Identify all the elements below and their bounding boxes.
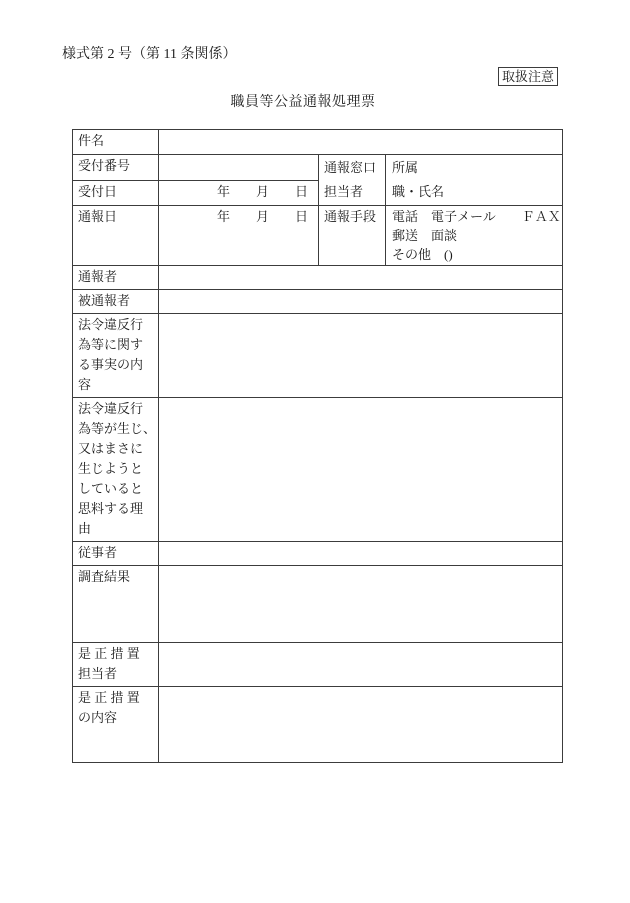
form-number-text: 様式第 2 号（第 11 条関係） xyxy=(62,46,236,64)
row-engaged-person: 従事者 xyxy=(73,542,563,566)
row-report-date: 通報日 年 月 日 通報手段 電話 電子メール ＦＡＸ 郵送 面談 その他 () xyxy=(73,206,563,266)
report-method-options: 電話 電子メール ＦＡＸ 郵送 面談 その他 () xyxy=(386,206,563,266)
row-violation-reason: 法令違反行 為等が生じ、 又はまさに 生じようと していると 思料する理 由 xyxy=(73,398,563,542)
page-title: 職員等公益通報処理票 xyxy=(0,91,606,111)
reported-person-label: 被通報者 xyxy=(73,290,159,314)
row-subject: 件名 xyxy=(73,130,563,155)
receipt-date-label: 受付日 xyxy=(73,180,159,206)
violation-facts-label: 法令違反行 為等に関す る事実の内 容 xyxy=(73,314,159,398)
contact-officer-label: 通報窓口 担当者 xyxy=(319,155,386,206)
report-date-label: 通報日 xyxy=(73,206,159,266)
receipt-date-value: 年 月 日 xyxy=(159,180,319,206)
violation-facts-value-cell xyxy=(159,314,563,398)
subject-label: 件名 xyxy=(73,130,159,155)
handling-notice-badge: 取扱注意 xyxy=(498,67,558,86)
violation-reason-value-cell xyxy=(159,398,563,542)
reporter-label: 通報者 xyxy=(73,266,159,290)
corrective-officer-value-cell xyxy=(159,643,563,687)
report-method-label: 通報手段 xyxy=(319,206,386,266)
corrective-officer-label: 是 正 措 置 担当者 xyxy=(73,643,159,687)
row-reporter: 通報者 xyxy=(73,266,563,290)
subject-value-cell xyxy=(159,130,563,155)
engaged-person-label: 従事者 xyxy=(73,542,159,566)
corrective-content-label: 是 正 措 置 の内容 xyxy=(73,687,159,763)
row-investigation-result: 調査結果 xyxy=(73,566,563,643)
row-receipt-number: 受付番号 通報窓口 担当者 所属 職・氏名 xyxy=(73,155,563,181)
report-date-value: 年 月 日 xyxy=(159,206,319,266)
reporter-value-cell xyxy=(159,266,563,290)
row-reported-person: 被通報者 xyxy=(73,290,563,314)
row-violation-facts: 法令違反行 為等に関す る事実の内 容 xyxy=(73,314,563,398)
investigation-result-value-cell xyxy=(159,566,563,643)
contact-officer-detail-cell: 所属 職・氏名 xyxy=(386,155,563,206)
violation-reason-label: 法令違反行 為等が生じ、 又はまさに 生じようと していると 思料する理 由 xyxy=(73,398,159,542)
receipt-number-value-cell xyxy=(159,155,319,181)
investigation-result-label: 調査結果 xyxy=(73,566,159,643)
engaged-person-value-cell xyxy=(159,542,563,566)
corrective-content-value-cell xyxy=(159,687,563,763)
row-corrective-content: 是 正 措 置 の内容 xyxy=(73,687,563,763)
receipt-number-label: 受付番号 xyxy=(73,155,159,181)
document-page: 様式第 2 号（第 11 条関係） 取扱注意 職員等公益通報処理票 件名 受付番… xyxy=(0,0,630,903)
row-corrective-officer: 是 正 措 置 担当者 xyxy=(73,643,563,687)
reported-person-value-cell xyxy=(159,290,563,314)
report-form-table: 件名 受付番号 通報窓口 担当者 所属 職・氏名 受付日 年 月 日 通報日 年… xyxy=(72,129,563,763)
